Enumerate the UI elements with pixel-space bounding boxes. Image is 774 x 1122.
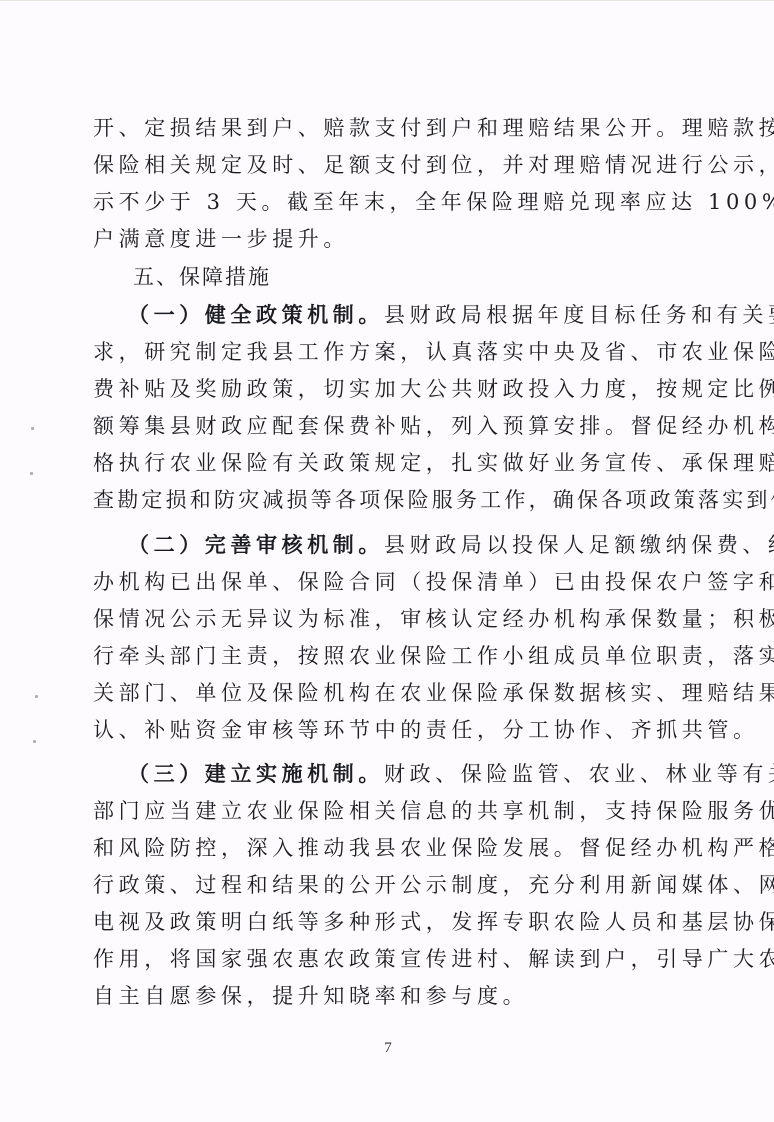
paragraph-line: 额筹集县财政应配套保费补贴，列入预算安排。督促经办机构严 [93, 411, 697, 441]
page-number: 7 [378, 1040, 398, 1057]
paragraph-line: 费补贴及奖励政策，切实加大公共财政投入力度，按规定比例足 [93, 374, 697, 404]
paragraph-line: 自主自愿参保，提升知晓率和参与度。 [93, 981, 697, 1011]
document-page: 开、定损结果到户、赔款支付到户和理赔结果公开。理赔款按照 保险相关规定及时、足额… [0, 0, 774, 1122]
paragraph-line: 和风险防控，深入推动我县农业保险发展。督促经办机构严格执 [93, 833, 697, 863]
paragraph-line: 认、补贴资金审核等环节中的责任，分工协作、齐抓共管。 [93, 715, 697, 745]
paragraph-line: 户满意度进一步提升。 [93, 224, 697, 254]
paragraph-line: 保情况公示无异议为标准，审核认定经办机构承保数量；积极履 [93, 604, 697, 634]
paragraph-line: 保险相关规定及时、足额支付到位，并对理赔情况进行公示，公 [93, 150, 697, 180]
binding-hole-mark [33, 740, 36, 743]
paragraph-line: 求，研究制定我县工作方案，认真落实中央及省、市农业保险保 [93, 337, 697, 367]
paragraph-line: 部门应当建立农业保险相关信息的共享机制，支持保险服务优化 [93, 796, 697, 826]
paragraph-line: 行牵头部门主责，按照农业保险工作小组成员单位职责，落实相 [93, 641, 697, 671]
subsection-text: 县财政局以投保人足额缴纳保费、经 [384, 533, 774, 557]
subsection-text: 财政、保险监管、农业、林业等有关 [384, 762, 774, 786]
binding-hole-mark [35, 695, 38, 698]
subsection-title: （一）健全政策机制。 [128, 303, 384, 327]
page-top-edge [0, 0, 774, 1]
subsection-text: 县财政局根据年度目标任务和有关要 [384, 303, 774, 327]
paragraph-line: 开、定损结果到户、赔款支付到户和理赔结果公开。理赔款按照 [93, 113, 697, 143]
paragraph-line: 作用，将国家强农惠农政策宣传进村、解读到户，引导广大农户 [93, 944, 697, 974]
subsection-first-line: （二）完善审核机制。县财政局以投保人足额缴纳保费、经 [128, 530, 697, 560]
subsection-title: （二）完善审核机制。 [128, 533, 384, 557]
binding-hole-mark [30, 472, 33, 475]
subsection-first-line: （三）建立实施机制。财政、保险监管、农业、林业等有关 [128, 759, 697, 789]
paragraph-line: 示不少于 3 天。截至年末，全年保险理赔兑现率应达 100%，农 [93, 187, 697, 217]
paragraph-line: 电视及政策明白纸等多种形式，发挥专职农险人员和基层协保员 [93, 907, 697, 937]
binding-hole-mark [31, 427, 34, 430]
paragraph-line: 格执行农业保险有关政策规定，扎实做好业务宣传、承保理赔、 [93, 448, 697, 478]
paragraph-line: 办机构已出保单、保险合同（投保清单）已由投保农户签字和承 [93, 567, 697, 597]
section-heading: 五、保障措施 [133, 262, 697, 292]
subsection-title: （三）建立实施机制。 [128, 762, 384, 786]
paragraph-line: 关部门、单位及保险机构在农业保险承保数据核实、理赔结果确 [93, 678, 697, 708]
subsection-first-line: （一）健全政策机制。县财政局根据年度目标任务和有关要 [128, 300, 697, 330]
paragraph-line: 查勘定损和防灾减损等各项保险服务工作，确保各项政策落实到位。 [93, 485, 697, 515]
paragraph-line: 行政策、过程和结果的公开公示制度，充分利用新闻媒体、网络、 [93, 870, 697, 900]
